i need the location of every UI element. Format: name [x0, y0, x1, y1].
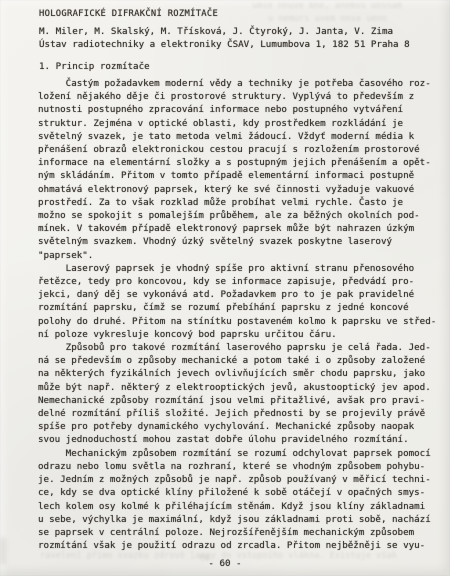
paragraph: Častým požadavkem moderní vědy a technik…	[38, 77, 440, 262]
body-text: Častým požadavkem moderní vědy a technik…	[38, 77, 440, 552]
paper-header: HOLOGRAFICKÉ DIFRAKČNÍ ROZMÍTAČE M. Mile…	[39, 7, 440, 51]
paragraph: Způsobů pro takové rozmítání laserového …	[38, 341, 440, 447]
paragraph: Mechanickým způsobem rozmítání se rozumí…	[38, 447, 440, 553]
authors-line: M. Miler, M. Skalský, M. Třísková, J. Čt…	[39, 25, 440, 38]
section-heading: 1. Princip rozmítače	[39, 60, 150, 73]
paper-title: HOLOGRAFICKÉ DIFRAKČNÍ ROZMÍTAČE	[39, 7, 440, 21]
scanned-paper-page: umse nnuve mne, anemvu uosnam u nemurs u…	[0, 0, 450, 576]
paragraph: Laserový paprsek je vhodný spíše pro akt…	[38, 262, 440, 341]
affiliation-line: Ústav radiotechniky a elektroniky ČSAV, …	[39, 38, 440, 51]
page-number: - 60 -	[0, 558, 450, 569]
